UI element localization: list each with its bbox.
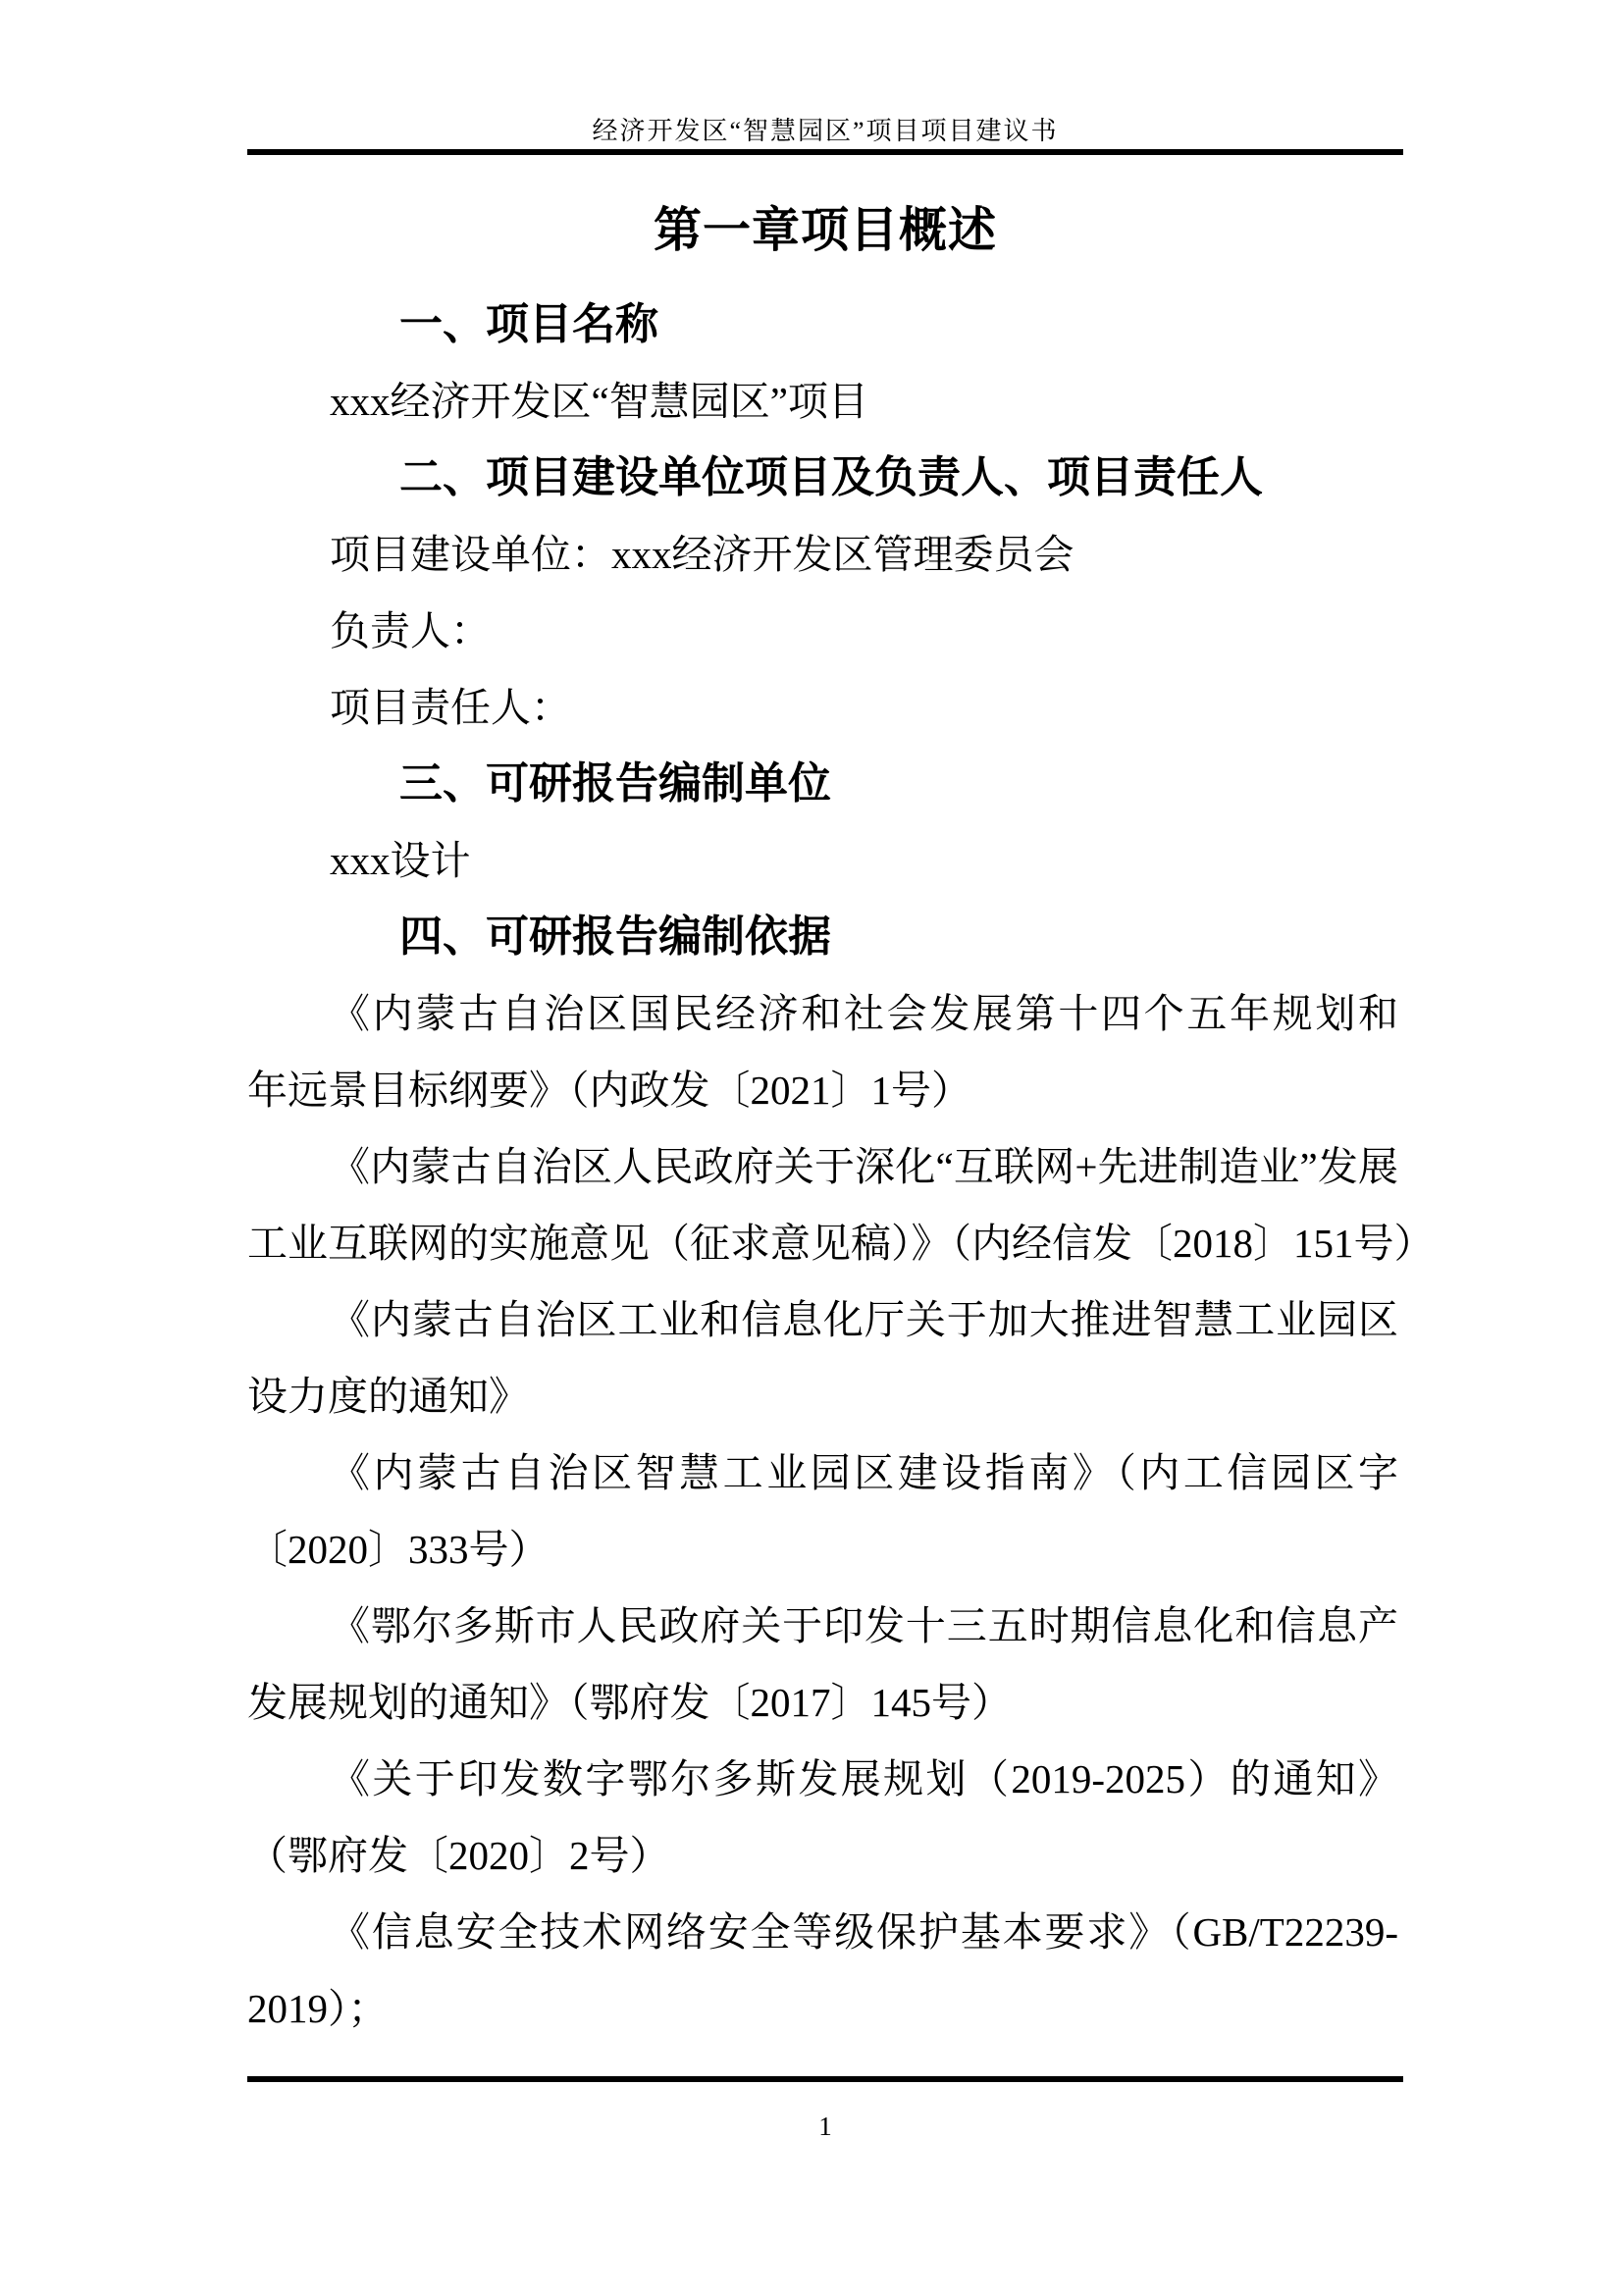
section-heading: 一、项目名称 [247, 287, 1398, 363]
document-line: xxx经济开发区“智慧园区”项目 [247, 363, 1398, 440]
document-line: 《内蒙古自治区智慧工业园区建设指南》（内工信园区字 [247, 1434, 1398, 1511]
document-line: 〔2020〕333号） [247, 1511, 1398, 1588]
document-line: 设力度的通知》 [247, 1358, 1398, 1434]
document-line: xxx设计 [247, 822, 1398, 899]
document-line: 《鄂尔多斯市人民政府关于印发十三五时期信息化和信息产业 [247, 1588, 1398, 1664]
document-line: 发展规划的通知》（鄂府发〔2017〕145号） [247, 1664, 1398, 1741]
document-line: （鄂府发〔2020〕2号） [247, 1817, 1398, 1894]
document-body: 一、项目名称xxx经济开发区“智慧园区”项目二、项目建设单位项目及负责人、项目责… [247, 287, 1398, 2047]
document-line: 《关于印发数字鄂尔多斯发展规划（2019-2025）的通知》 [247, 1741, 1398, 1817]
document-line: 负责人： [247, 593, 1398, 669]
running-header-title: 经济开发区“智慧园区”项目项目建议书 [247, 114, 1403, 149]
document-line: 《信息安全技术网络安全等级保护基本要求》（GB/T22239- [247, 1894, 1398, 1970]
document-line: 《内蒙古自治区人民政府关于深化“互联网+先进制造业”发展 [247, 1128, 1398, 1205]
document-line: 项目责任人： [247, 669, 1398, 746]
document-line: 年远景目标纲要》（内政发〔2021〕1号） [247, 1052, 1398, 1128]
document-line: 《内蒙古自治区工业和信息化厅关于加大推进智慧工业园区建 [247, 1281, 1398, 1358]
footer-rule [247, 2076, 1403, 2082]
section-heading: 三、可研报告编制单位 [247, 746, 1398, 822]
document-line: 《内蒙古自治区国民经济和社会发展第十四个五年规划和2035 [247, 975, 1398, 1052]
document-page: 经济开发区“智慧园区”项目项目建议书 第一章项目概述 一、项目名称xxx经济开发… [0, 0, 1624, 2295]
document-line: 项目建设单位：xxx经济开发区管理委员会 [247, 516, 1398, 593]
page-header: 经济开发区“智慧园区”项目项目建议书 [247, 0, 1403, 155]
document-line: 2019）； [247, 1970, 1398, 2047]
section-heading: 四、可研报告编制依据 [247, 899, 1398, 975]
document-line: 工业互联网的实施意见（征求意见稿）》（内经信发〔2018〕151号） [247, 1205, 1398, 1281]
section-heading: 二、项目建设单位项目及负责人、项目责任人 [247, 440, 1398, 516]
page-number: 1 [247, 2110, 1403, 2143]
chapter-title: 第一章项目概述 [247, 200, 1403, 261]
